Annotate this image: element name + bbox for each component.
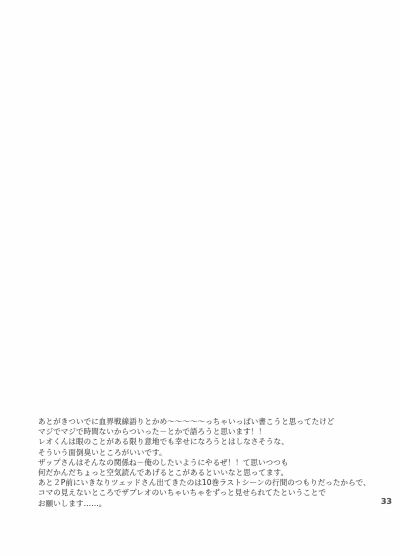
afterword-line: そういう面倒臭いところがいいです。 xyxy=(38,448,358,458)
afterword-line: あと２P前にいきなりツェッドさん出てきたのは10巻ラストシーンの行間のつもりだっ… xyxy=(38,478,358,488)
afterword-line: レオくんは眼のことがある限り意地でも幸せになろうとはしなさそうな、 xyxy=(38,437,358,447)
page-number: 33 xyxy=(381,497,392,506)
afterword-line: 何だかんだちょっと空気読んであげるとこがあるといいなと思ってます。 xyxy=(38,468,358,478)
afterword-text-block: あとがきついでに血界戦線語りとかめ～～～～～っちゃいっぱい書こうと思ってたけど … xyxy=(38,417,358,509)
afterword-line: ザップさんはそんなの関係ね－俺のしたいようにやるぜ！！て思いつつも xyxy=(38,458,358,468)
document-page: あとがきついでに血界戦線語りとかめ～～～～～っちゃいっぱい書こうと思ってたけど … xyxy=(0,0,400,556)
afterword-line: マジでマジで時間ないからついった－とかで語ろうと思います！！ xyxy=(38,427,358,437)
afterword-line: コマの見えないところでザプレオのいちゃいちゃをずっと見せられてたということで xyxy=(38,488,358,498)
afterword-line: お願いします……。 xyxy=(38,499,358,509)
afterword-line: あとがきついでに血界戦線語りとかめ～～～～～っちゃいっぱい書こうと思ってたけど xyxy=(38,417,358,427)
